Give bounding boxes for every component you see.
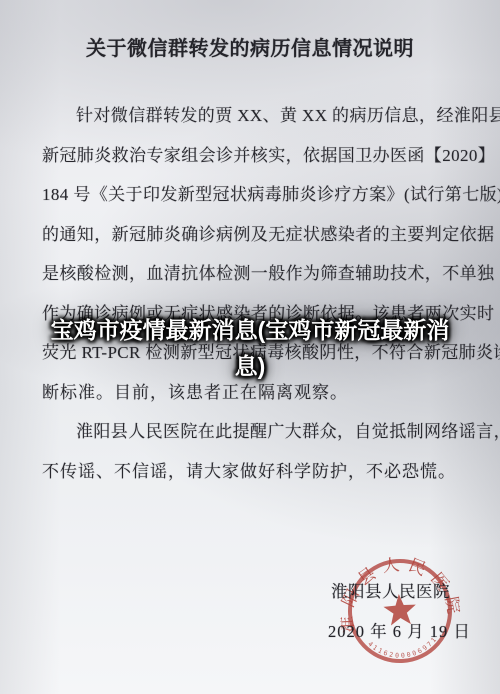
document-line: 的通知，新冠肺炎确诊病例及无症状感染者的主要判定依据 bbox=[42, 215, 462, 255]
signature-date: 2020 年 6 月 19 日 bbox=[328, 618, 458, 642]
document-line: 184 号《关于印发新型冠状病毒肺炎诊疗方案》(试行第七版) bbox=[42, 175, 462, 215]
caption-overlay: 宝鸡市疫情最新消息(宝鸡市新冠最新消息) bbox=[50, 312, 450, 384]
document-title: 关于微信群转发的病历信息情况说明 bbox=[0, 32, 500, 61]
document-line: 针对微信群转发的贾 XX、黄 XX 的病历信息，经淮阳县 bbox=[42, 96, 462, 136]
document-photo: 关于微信群转发的病历信息情况说明 针对微信群转发的贾 XX、黄 XX 的病历信息… bbox=[0, 0, 500, 694]
document-body: 针对微信群转发的贾 XX、黄 XX 的病历信息，经淮阳县新冠肺炎救治专家组会诊并… bbox=[42, 96, 462, 491]
caption-text: 宝鸡市疫情最新消息(宝鸡市新冠最新消息) bbox=[51, 317, 450, 379]
document-line: 淮阳县人民医院在此提醒广大群众，自觉抵制网络谣言， bbox=[42, 412, 462, 452]
document-line: 是核酸检测，血清抗体检测一般作为筛查辅助技术，不单独 bbox=[42, 254, 462, 294]
signature-hospital-name: 淮阳县人民医院 bbox=[331, 578, 451, 602]
hospital-seal: 淮阳县人民医院 4116200006971 bbox=[336, 547, 464, 675]
document-line: 不传谣、不信谣，请大家做好科学防护，不必恐慌。 bbox=[42, 452, 462, 492]
document-line: 新冠肺炎救治专家组会诊并核实，依据国卫办医函【2020】 bbox=[42, 136, 462, 176]
